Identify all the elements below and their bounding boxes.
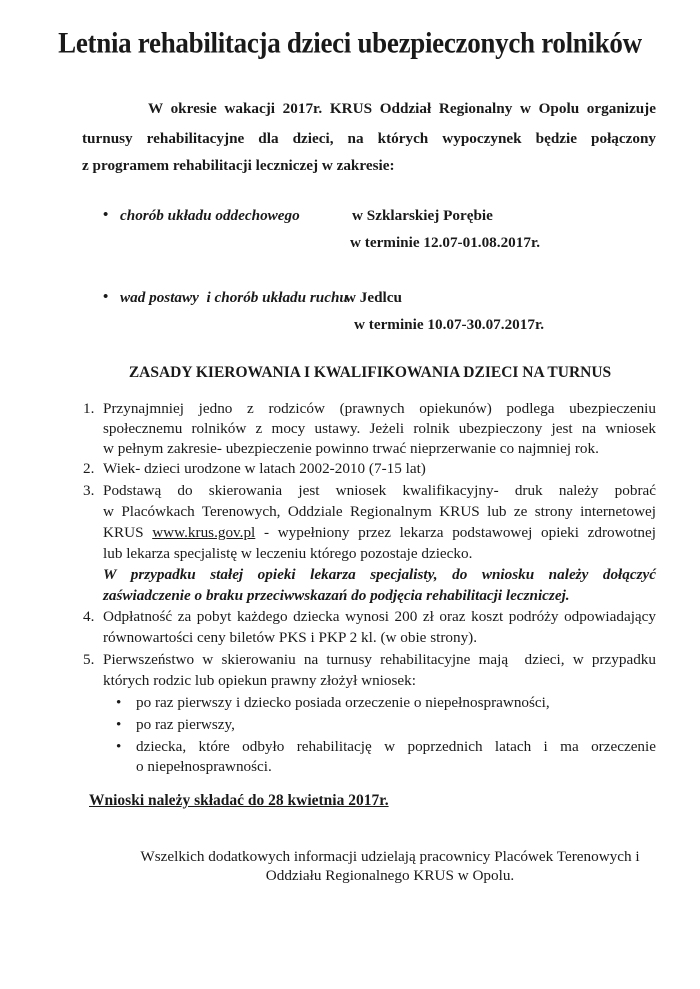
rule-text: wypełniony przez lekarza podstawowej opi… [278, 524, 656, 541]
rule-line: Podstawą do skierowania jest wniosek kwa… [103, 482, 656, 500]
sub-item-line: o niepełnosprawności. [136, 758, 656, 776]
rule-line-with-link: KRUS www.krus.gov.pl - wypełniony przez … [103, 524, 656, 542]
rule-line: których rodzic lub opiekun prawny złożył… [103, 672, 656, 690]
bullet-icon: • [116, 738, 121, 756]
rule-line: równowartości ceny biletów PKS i PKP 2 k… [103, 629, 656, 647]
rule-line: w Placówkach Terenowych, Oddziale Region… [103, 503, 656, 521]
intro-line: W okresie wakacji 2017r. KRUS Oddział Re… [148, 100, 656, 118]
bullet-icon: • [103, 289, 108, 306]
rule-line: społecznemu rolników z mocy ustawy. Jeże… [103, 420, 656, 438]
intro-line: turnusy rehabilitacyjne dla dzieci, na k… [82, 130, 656, 148]
sub-item-line: po raz pierwszy i dziecko posiada orzecz… [136, 694, 656, 712]
rule-note: W przypadku stałej opieki lekarza specja… [103, 566, 656, 584]
sub-item-line: po raz pierwszy, [136, 716, 656, 734]
rule-text: - [264, 524, 269, 541]
section-heading: ZASADY KIEROWANIA I KWALIFIKOWANIA DZIEC… [0, 364, 700, 382]
program-term: w terminie 10.07-30.07.2017r. [354, 316, 544, 334]
rule-line: w pełnym zakresie- ubezpieczenie powinno… [103, 440, 656, 458]
krus-website-link[interactable]: www.krus.gov.pl [152, 524, 255, 541]
bullet-icon: • [116, 694, 121, 712]
rule-number: 5. [83, 651, 94, 669]
program-term: w terminie 12.07-01.08.2017r. [350, 234, 540, 252]
rule-line: Wiek- dzieci urodzone w latach 2002-2010… [103, 460, 656, 478]
rule-text: KRUS [103, 524, 144, 541]
document-title: Letnia rehabilitacja dzieci ubezpieczony… [0, 27, 700, 60]
deadline-notice: Wnioski należy składać do 28 kwietnia 20… [89, 792, 389, 810]
program-location: w Jedlcu [345, 289, 402, 307]
rule-number: 2. [83, 460, 94, 478]
rule-line: Przynajmniej jedno z rodziców (prawnych … [103, 400, 656, 418]
rule-number: 3. [83, 482, 94, 500]
program-location: w Szklarskiej Porębie [352, 207, 493, 225]
footer-line: Wszelkich dodatkowych informacji udziela… [90, 848, 690, 866]
rule-line: Pierwszeństwo w skierowaniu na turnusy r… [103, 651, 656, 669]
rule-line: lub lekarza specjalistę w leczeniu które… [103, 545, 656, 563]
rule-note: zaświadczenie o braku przeciwwskazań do … [103, 587, 656, 605]
intro-line: z programem rehabilitacji leczniczej w z… [82, 157, 656, 175]
bullet-icon: • [116, 716, 121, 734]
rule-line: Odpłatność za pobyt każdego dziecka wyno… [103, 608, 656, 626]
program-description: wad postawy i chorób układu ruchu [120, 289, 348, 307]
rule-number: 4. [83, 608, 94, 626]
rule-number: 1. [83, 400, 94, 418]
sub-item-line: dziecka, które odbyło rehabilitację w po… [136, 738, 656, 756]
bullet-icon: • [103, 207, 108, 224]
program-description: chorób układu oddechowego [120, 207, 300, 225]
footer-line: Oddziału Regionalnego KRUS w Opolu. [90, 867, 690, 885]
